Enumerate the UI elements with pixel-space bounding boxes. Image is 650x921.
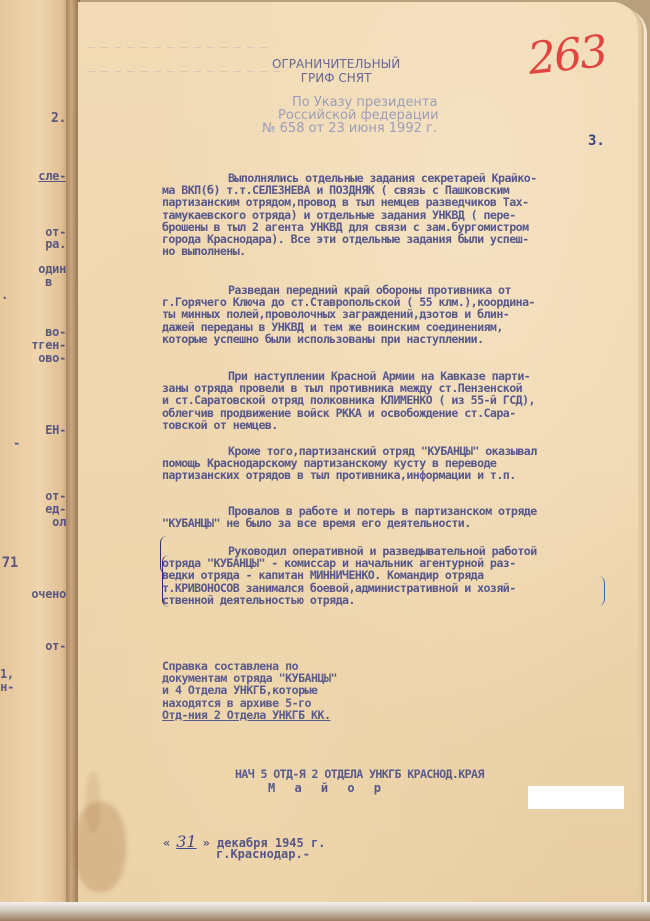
declassified-stamp: ОГРАНИЧИТЕЛЬНЫЙ ГРИФ СНЯТ [272,57,400,85]
decree-stamp: По Указу президента Российской федерации… [262,96,439,135]
previous-page-fragment: н- [0,681,14,694]
signature-rank: М а й о р [268,781,387,795]
paragraph: Провалов в работе и потерь в партизанско… [162,505,632,529]
previous-page-fragment: очено [0,588,66,601]
previous-page-fragment: ол [0,516,66,529]
bleed-through-text: ـ ـ ـ ـ ـ ـ ـ ـ ـ ـ ـ ـ ـ ـ ـ [88,62,280,75]
redaction-box [528,786,624,809]
handwritten-bracket [598,576,605,606]
water-stain [74,802,126,892]
previous-page-fragment: 71 [0,557,18,570]
stamp-line: ОГРАНИЧИТЕЛЬНЫЙ [272,57,400,71]
archive-folio-number: 263 [526,26,609,85]
water-stain [86,772,100,832]
previous-page-fragment: ЕН- [0,424,66,437]
scanned-archive-document: 2. сле- от- ра. один в . во- тген- ово- … [0,0,650,921]
previous-page-fragment: ра. [0,238,66,251]
paragraph: Выполнялись отдельные задания секретарей… [162,172,632,257]
previous-page-fragment: один [0,263,66,276]
paragraph: При наступлении Красной Армии на Кавказе… [162,370,632,431]
paragraph: Руководил оперативной и разведывательной… [162,545,632,606]
document-place: г.Краснодар.- [216,847,310,861]
paragraph: Разведан передний край обороны противник… [162,284,632,345]
previous-page-fragment: - [0,437,20,450]
handwritten-bracket [162,555,169,607]
previous-page-fragment: сле- [0,170,66,183]
signature-title: НАЧ 5 ОТД-Я 2 ОТДЕЛА УНКГБ КРАСНОД.КРАЯ [235,767,484,781]
source-note: Справка составлена по документам отряда … [162,660,392,721]
paragraph: Кроме того,партизанский отряд "КУБАНЦЫ" … [162,445,632,482]
previous-page-fragment: ово- [0,352,66,365]
previous-page-fragment: от- [0,640,66,653]
previous-page-number: 2. [0,112,66,125]
stamp-line: ГРИФ СНЯТ [301,71,372,85]
page-number: 3. [588,133,605,149]
previous-page-fragment: . [0,289,8,302]
stamp-line: № 658 от 23 июня 1992 г. [262,121,437,136]
previous-page-edge: 2. сле- от- ра. один в . во- тген- ово- … [0,0,72,905]
date-day-handwritten: 31 [170,832,202,851]
scanner-edge [0,902,650,921]
note-line: Отд-ния 2 Отдела УНКГБ КК. [162,708,330,722]
bleed-through-text: ـ ـ ـ ـ ـ ـ ـ ـ ـ ـ ـ ـ ـ ـ [88,38,267,51]
